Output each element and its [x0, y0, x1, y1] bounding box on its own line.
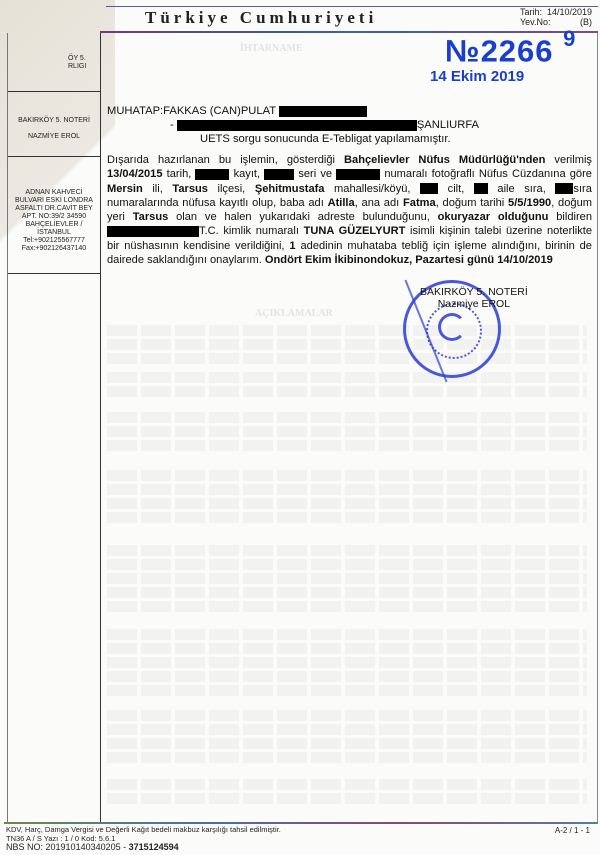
sidebar-divider: [8, 273, 100, 274]
address-line: Fax:+902126437140: [8, 245, 100, 253]
notary-address: ADNAN KAHVECİBULVARI ESKİ LONDRAASFALTI …: [8, 189, 100, 253]
background-text-line: [107, 353, 587, 364]
background-text-line: [107, 710, 587, 721]
background-text-line: [107, 339, 587, 350]
address-line: BAHÇELİEVLER /: [8, 221, 100, 229]
redaction: [195, 169, 229, 180]
background-text-line: [107, 325, 587, 336]
signature-office: BAKIRKÖY 5. NOTERİ: [420, 286, 528, 298]
sidebar-divider: [8, 156, 100, 157]
folded-notary-fragment: ÖY 5. RLIGI: [68, 55, 86, 71]
notary-office: BAKIRKÖY 5. NOTERİ: [8, 117, 100, 125]
background-heading-2: AÇIKLAMALAR: [255, 308, 333, 319]
footer: KDV, Harç, Damga Vergisi ve Değerli Kağı…: [6, 826, 281, 852]
redaction: [264, 169, 294, 180]
date-stamp: 14 Ekim 2019: [430, 68, 524, 85]
yevno-value: (B): [580, 17, 592, 27]
crescent-icon: [438, 313, 466, 341]
registry-number: 2266: [481, 33, 554, 68]
certification-paragraph: Dışarıda hazırlanan bu işlemin, gösterdi…: [107, 153, 592, 267]
background-text-line: [107, 587, 587, 598]
address-line: APT. NO:39/2 34590: [8, 213, 100, 221]
registry-number-suffix: 9: [563, 26, 576, 51]
redaction: [177, 120, 417, 131]
bottom-rule: [4, 822, 598, 824]
number-sign: №: [445, 33, 481, 68]
background-text-line: [107, 793, 587, 804]
notary-signature-block: BAKIRKÖY 5. NOTERİ Nazmiye EROL: [420, 286, 528, 310]
redaction: [107, 226, 199, 237]
yevno-label: Yev.No:: [520, 17, 551, 27]
address-line: ASFALTI DR.CAVİT BEY: [8, 205, 100, 213]
uets-note: UETS sorgu sonucunda E-Tebligat yapılama…: [200, 132, 451, 146]
background-text-line: [107, 643, 587, 654]
background-text-line: [107, 470, 587, 481]
fragment-line-1: ÖY 5.: [68, 55, 86, 63]
redaction: [555, 183, 573, 194]
address-line: Tel:+902125567777: [8, 237, 100, 245]
background-text-line: [107, 573, 587, 584]
document-title: Türkiye Cumhuriyeti: [145, 8, 377, 28]
background-text-line: [107, 498, 587, 509]
sidebar-divider: [8, 91, 100, 92]
registry-number-stamp: №2266 9: [445, 30, 576, 69]
background-text-line: [107, 779, 587, 790]
background-text-line: [107, 426, 587, 437]
redaction: [336, 169, 380, 180]
background-text-line: [107, 559, 587, 570]
background-text-line: [107, 657, 587, 668]
background-text-line: [107, 372, 587, 383]
background-text-line: [107, 685, 587, 696]
header-meta: Tarih:14/10/2019 Yev.No:(B): [520, 7, 592, 27]
address-line: BULVARI ESKİ LONDRA: [8, 197, 100, 205]
address-dash: -: [170, 119, 174, 131]
address-line: İSTANBUL: [8, 229, 100, 237]
background-text-line: [107, 440, 587, 451]
background-text-line: [107, 671, 587, 682]
notary-sidebar: ÖY 5. RLIGI BAKIRKÖY 5. NOTERİ NAZMİYE E…: [7, 33, 101, 823]
address-line: ADNAN KAHVECİ: [8, 189, 100, 197]
redaction: [420, 183, 438, 194]
notary-name: NAZMİYE EROL: [8, 133, 100, 141]
addressee-name: MUHATAP:FAKKAS (CAN)PULAT: [107, 105, 276, 117]
background-text-line: [107, 512, 587, 523]
date-value: 14/10/2019: [547, 7, 592, 17]
address-city: ŞANLIURFA: [417, 119, 479, 131]
background-text-line: [107, 752, 587, 763]
redaction: [474, 183, 488, 194]
background-text-line: [107, 386, 587, 397]
background-text-line: [107, 545, 587, 556]
page-number: A-2 / 1 - 1: [555, 826, 590, 835]
date-label: Tarih:: [520, 7, 542, 17]
background-text-line: [107, 738, 587, 749]
background-text-line: [107, 601, 587, 612]
background-heading: İHTARNAME: [240, 43, 303, 54]
background-text-line: [107, 484, 587, 495]
fragment-line-2: RLIGI: [68, 63, 86, 71]
background-text-line: [107, 412, 587, 423]
background-text-line: [107, 724, 587, 735]
redaction: [279, 106, 367, 117]
signature-name: Nazmiye EROL: [420, 298, 528, 310]
addressee-line: MUHATAP:FAKKAS (CAN)PULAT: [107, 104, 367, 118]
background-text-line: [107, 629, 587, 640]
nbs-number: NBS NO: 201910140340205 - 3715124594: [6, 843, 281, 852]
addressee-address: - ŞANLIURFA: [170, 118, 479, 132]
